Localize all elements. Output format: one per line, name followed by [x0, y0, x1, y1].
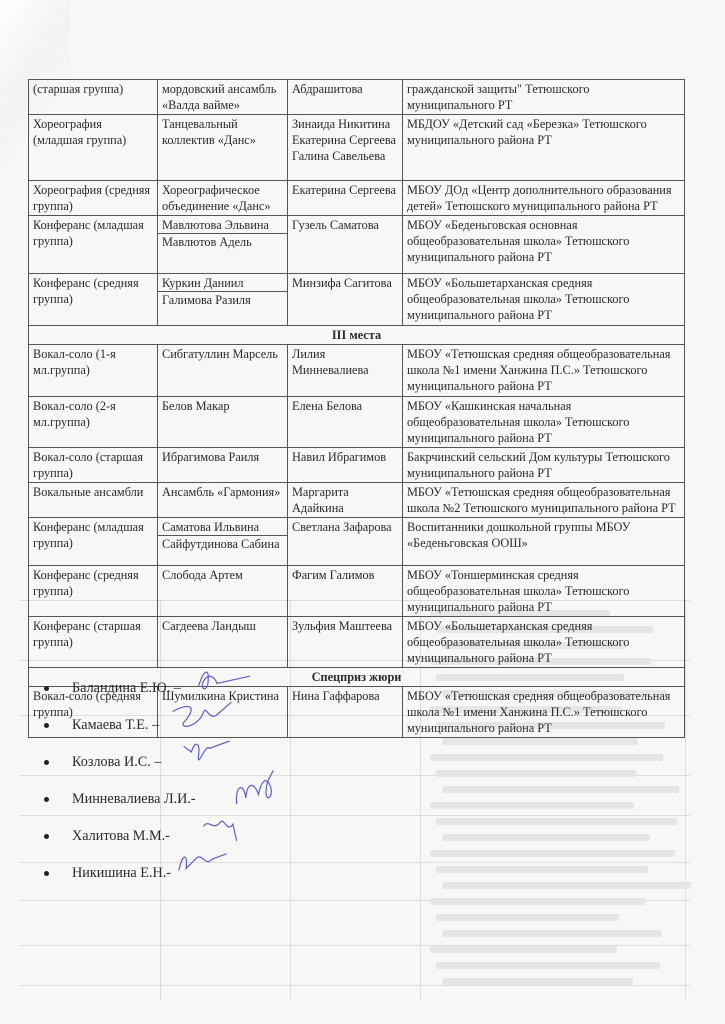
participant-name: мордовский ансамбль «Валда вайме» [162, 81, 283, 113]
nomination-cell: (старшая группа) [29, 80, 158, 115]
participant-name: Куркин Даниил [162, 275, 283, 291]
participants-cell: Слобода Артем [158, 566, 288, 617]
bullet-icon [44, 760, 49, 765]
handwritten-signature-icon [168, 695, 238, 735]
nomination-cell: Хореография (средняя группа) [29, 181, 158, 216]
nomination-cell: Хореография (младшая группа) [29, 115, 158, 181]
institution-cell: МБДОУ «Детский сад «Березка» Тетюшского … [403, 115, 685, 181]
institution-cell: МБОУ «Большетарханская средняя общеобраз… [403, 274, 685, 326]
jury-signature-list: Баландина Е.Ю. –Камаева Т.Е. –Козлова И.… [44, 670, 196, 892]
institution-cell: Воспитанники дошкольной группы МБОУ «Бед… [403, 518, 685, 566]
table-row: Хореография (средняя группа)Хореографиче… [29, 181, 685, 216]
participants-cell: мордовский ансамбль «Валда вайме» [158, 80, 288, 115]
table-row: Хореография (младшая группа)Танцевальный… [29, 115, 685, 181]
participant-name: Саматова Ильвина [162, 519, 283, 535]
table-row: Вокал-соло (старшая группа)Ибрагимова Ра… [29, 448, 685, 483]
jury-member-item: Камаева Т.Е. – [44, 707, 196, 744]
handwritten-signature-icon [179, 732, 249, 772]
participants-cell: Ансамбль «Гармония» [158, 483, 288, 518]
participant-name: Сайфутдинова Сабина [158, 535, 287, 552]
table-row: Конферанс (средняя группа)Слобода АртемФ… [29, 566, 685, 617]
participant-name: Мавлютов Адель [158, 233, 287, 250]
institution-cell: МБОУ «Большетарханская средняя общеобраз… [403, 617, 685, 668]
participant-name: Белов Макар [162, 398, 283, 414]
handwritten-signature-icon [192, 658, 262, 698]
jury-member-name: Халитова М.М.- [72, 828, 170, 845]
table-row: Конферанс (средняя группа)Куркин ДаниилГ… [29, 274, 685, 326]
institution-cell: МБОУ «Беденьговская основная общеобразов… [403, 216, 685, 274]
teacher-cell: Зульфия Маштеева [288, 617, 403, 668]
institution-cell: МБОУ «Кашкинская начальная общеобразоват… [403, 397, 685, 448]
participants-cell: Мавлютова ЭльвинаМавлютов Адель [158, 216, 288, 274]
participant-name: Галимова Разиля [158, 291, 287, 308]
jury-member-item: Козлова И.С. – [44, 744, 196, 781]
teacher-cell: Навил Ибрагимов [288, 448, 403, 483]
institution-cell: Бакрчинский сельский Дом культуры Тетюшс… [403, 448, 685, 483]
participants-cell: Сибгатуллин Марсель [158, 345, 288, 397]
participants-cell: Танцевальный коллектив «Данс» [158, 115, 288, 181]
participant-name: Танцевальный коллектив «Данс» [162, 116, 283, 148]
bullet-icon [44, 686, 49, 691]
table-row: Вокальные ансамблиАнсамбль «Гармония»Мар… [29, 483, 685, 518]
table-row: (старшая группа)мордовский ансамбль «Вал… [29, 80, 685, 115]
jury-member-name: Баландина Е.Ю. – [72, 680, 181, 697]
nomination-cell: Конферанс (средняя группа) [29, 566, 158, 617]
nomination-cell: Вокал-соло (1-я мл.группа) [29, 345, 158, 397]
teacher-cell: Абдрашитова [288, 80, 403, 115]
handwritten-signature-icon [197, 806, 267, 846]
nomination-cell: Вокальные ансамбли [29, 483, 158, 518]
nomination-cell: Конферанс (младшая группа) [29, 518, 158, 566]
teacher-cell: Елена Белова [288, 397, 403, 448]
table-row: Вокал-соло (1-я мл.группа)Сибгатуллин Ма… [29, 345, 685, 397]
teacher-cell: Светлана Зафарова [288, 518, 403, 566]
nomination-cell: Конферанс (старшая группа) [29, 617, 158, 668]
nomination-cell: Конферанс (младшая группа) [29, 216, 158, 274]
jury-member-item: Минневалиева Л.И.- [44, 781, 196, 818]
institution-cell: МБОУ «Тетюшская средняя общеобразователь… [403, 483, 685, 518]
teacher-cell: Екатерина Сергеева [288, 181, 403, 216]
handwritten-signature-icon [172, 843, 242, 883]
institution-cell: МБОУ «Тетюшская средняя общеобразователь… [403, 687, 685, 738]
nomination-cell: Вокал-соло (2-я мл.группа) [29, 397, 158, 448]
institution-cell: МБОУ «Тетюшская средняя общеобразователь… [403, 345, 685, 397]
table-row: Конферанс (младшая группа)Мавлютова Эльв… [29, 216, 685, 274]
participant-name: Хореографическое объединение «Данс» [162, 182, 283, 214]
teacher-cell: Минзифа Сагитова [288, 274, 403, 326]
nomination-cell: Конферанс (средняя группа) [29, 274, 158, 326]
handwritten-signature-icon [228, 769, 298, 809]
participants-cell: Ибрагимова Раиля [158, 448, 288, 483]
institution-cell: МБОУ ДОд «Центр дополнительного образова… [403, 181, 685, 216]
teacher-cell: Нина Гаффарова [288, 687, 403, 738]
teacher-cell: Гузель Саматова [288, 216, 403, 274]
jury-member-name: Камаева Т.Е. – [72, 717, 159, 734]
participants-cell: Хореографическое объединение «Данс» [158, 181, 288, 216]
participant-name: Ансамбль «Гармония» [162, 484, 283, 500]
bullet-icon [44, 871, 49, 876]
table-row: Конферанс (младшая группа)Саматова Ильви… [29, 518, 685, 566]
participant-name: Ибрагимова Раиля [162, 449, 283, 465]
teacher-cell: Маргарита Адайкина [288, 483, 403, 518]
jury-member-name: Козлова И.С. – [72, 754, 161, 771]
participants-cell: Белов Макар [158, 397, 288, 448]
teacher-cell: Лилия Минневалиева [288, 345, 403, 397]
table-row: Вокал-соло (2-я мл.группа)Белов МакарЕле… [29, 397, 685, 448]
table-row: Конферанс (старшая группа)Сагдеева Ланды… [29, 617, 685, 668]
teacher-cell: Фагим Галимов [288, 566, 403, 617]
section-header-row: III места [29, 326, 685, 345]
jury-member-name: Минневалиева Л.И.- [72, 791, 196, 808]
awards-table: (старшая группа)мордовский ансамбль «Вал… [28, 79, 685, 738]
jury-member-item: Никишина Е.Н.- [44, 855, 196, 892]
institution-cell: МБОУ «Тоншерминская средняя общеобразова… [403, 566, 685, 617]
participant-name: Сибгатуллин Марсель [162, 346, 283, 362]
participant-name: Слобода Артем [162, 567, 283, 583]
bullet-icon [44, 723, 49, 728]
section-title: III места [29, 326, 685, 345]
jury-member-name: Никишина Е.Н.- [72, 865, 171, 882]
participant-name: Сагдеева Ландыш [162, 618, 283, 634]
participants-cell: Саматова ИльвинаСайфутдинова Сабина [158, 518, 288, 566]
bullet-icon [44, 834, 49, 839]
nomination-cell: Вокал-соло (старшая группа) [29, 448, 158, 483]
participant-name: Мавлютова Эльвина [162, 217, 283, 233]
institution-cell: гражданской защиты" Тетюшского муниципал… [403, 80, 685, 115]
teacher-cell: Зинаида Никитина Екатерина Сергеева Гали… [288, 115, 403, 181]
bullet-icon [44, 797, 49, 802]
participants-cell: Куркин ДаниилГалимова Разиля [158, 274, 288, 326]
